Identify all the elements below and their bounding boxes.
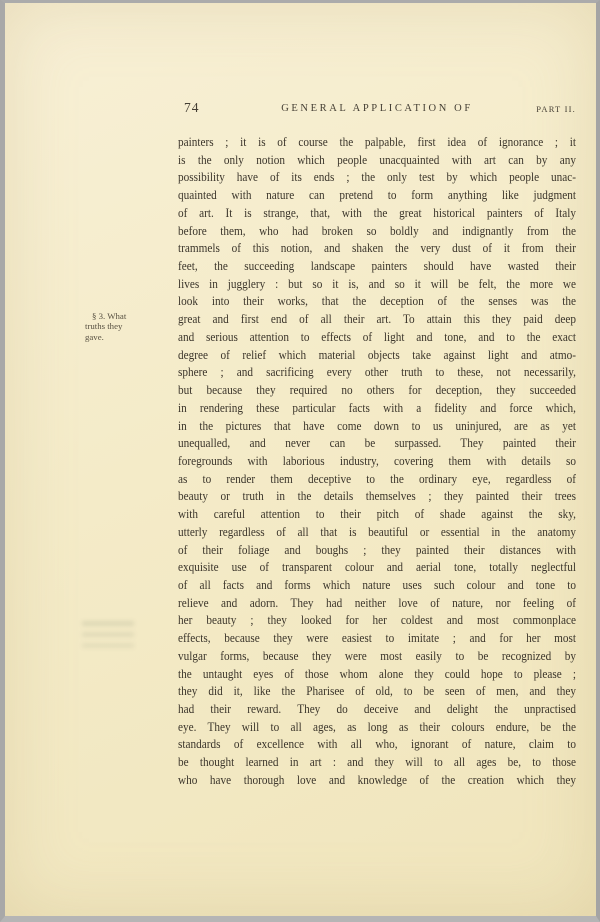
text-line: of art. It is strange, that, with the gr…	[178, 204, 576, 222]
margin-note-line: gave.	[85, 332, 147, 342]
text-line: with careful attention to their pitch of…	[178, 505, 576, 523]
text-line: unequalled, and never can be surpassed. …	[178, 434, 576, 452]
text-line: great and first end of all their art. To…	[178, 310, 576, 328]
text-line: degree of relief which material objects …	[178, 346, 576, 364]
text-line: and serious attention to effects of ligh…	[178, 328, 576, 346]
text-line: possibility have of its ends ; the only …	[178, 168, 576, 186]
margin-note-section-3: § 3. Whattruths theygave.	[85, 311, 147, 342]
body-text: painters ; it is of course the palpable,…	[178, 133, 576, 789]
text-line: the untaught eyes of those whom alone th…	[178, 665, 576, 683]
text-line: eye. They will to all ages, as long as t…	[178, 718, 576, 736]
running-title: GENERAL APPLICATION OF	[178, 103, 576, 114]
text-line: look into their works, that the deceptio…	[178, 292, 576, 310]
text-line: who have thorough love and knowledge of …	[178, 771, 576, 789]
text-line: but because they required no others for …	[178, 381, 576, 399]
text-line: as to render them deceptive to the ordin…	[178, 470, 576, 488]
text-line: is the only notion which people unacquai…	[178, 151, 576, 169]
text-line: be thought learned in art : and they wil…	[178, 753, 576, 771]
show-through-smudge	[82, 621, 134, 661]
part-label: PART II.	[536, 104, 576, 114]
running-header: 74 GENERAL APPLICATION OF PART II.	[178, 100, 576, 118]
text-line: foregrounds with laborious industry, cov…	[178, 452, 576, 470]
text-line: of all facts and forms which nature uses…	[178, 576, 576, 594]
text-line: her beauty ; they looked for her coldest…	[178, 611, 576, 629]
text-line: had their reward. They do deceive and de…	[178, 700, 576, 718]
text-line: before them, who had broken so boldly an…	[178, 222, 576, 240]
text-line: trammels of this notion, and shaken the …	[178, 239, 576, 257]
text-line: standards of excellence with all who, ig…	[178, 735, 576, 753]
text-line: utterly regardless of all that is beauti…	[178, 523, 576, 541]
book-page: 74 GENERAL APPLICATION OF PART II. § 3. …	[0, 0, 600, 922]
text-line: beauty or truth in the details themselve…	[178, 487, 576, 505]
margin-note-line: § 3. What	[85, 311, 147, 321]
text-line: effects, because they were easiest to im…	[178, 629, 576, 647]
text-line: sphere ; and sacrificing every other tru…	[178, 363, 576, 381]
text-line: they did it, like the Pharisee of old, t…	[178, 682, 576, 700]
text-line: quainted with nature can pretend to form…	[178, 186, 576, 204]
text-line: in the pictures that have come down to u…	[178, 417, 576, 435]
text-line: relieve and adorn. They had neither love…	[178, 594, 576, 612]
text-line: exquisite use of transparent colour and …	[178, 558, 576, 576]
text-line: in rendering these particular facts with…	[178, 399, 576, 417]
text-line: painters ; it is of course the palpable,…	[178, 133, 576, 151]
text-line: vulgar forms, because they were most eas…	[178, 647, 576, 665]
scanned-book-page: 74 GENERAL APPLICATION OF PART II. § 3. …	[0, 0, 600, 922]
text-line: feet, the succeeding landscape painters …	[178, 257, 576, 275]
text-line: lives in jugglery : but so it is, and so…	[178, 275, 576, 293]
margin-note-line: truths they	[85, 321, 147, 331]
text-line: of their foliage and boughs ; they paint…	[178, 541, 576, 559]
